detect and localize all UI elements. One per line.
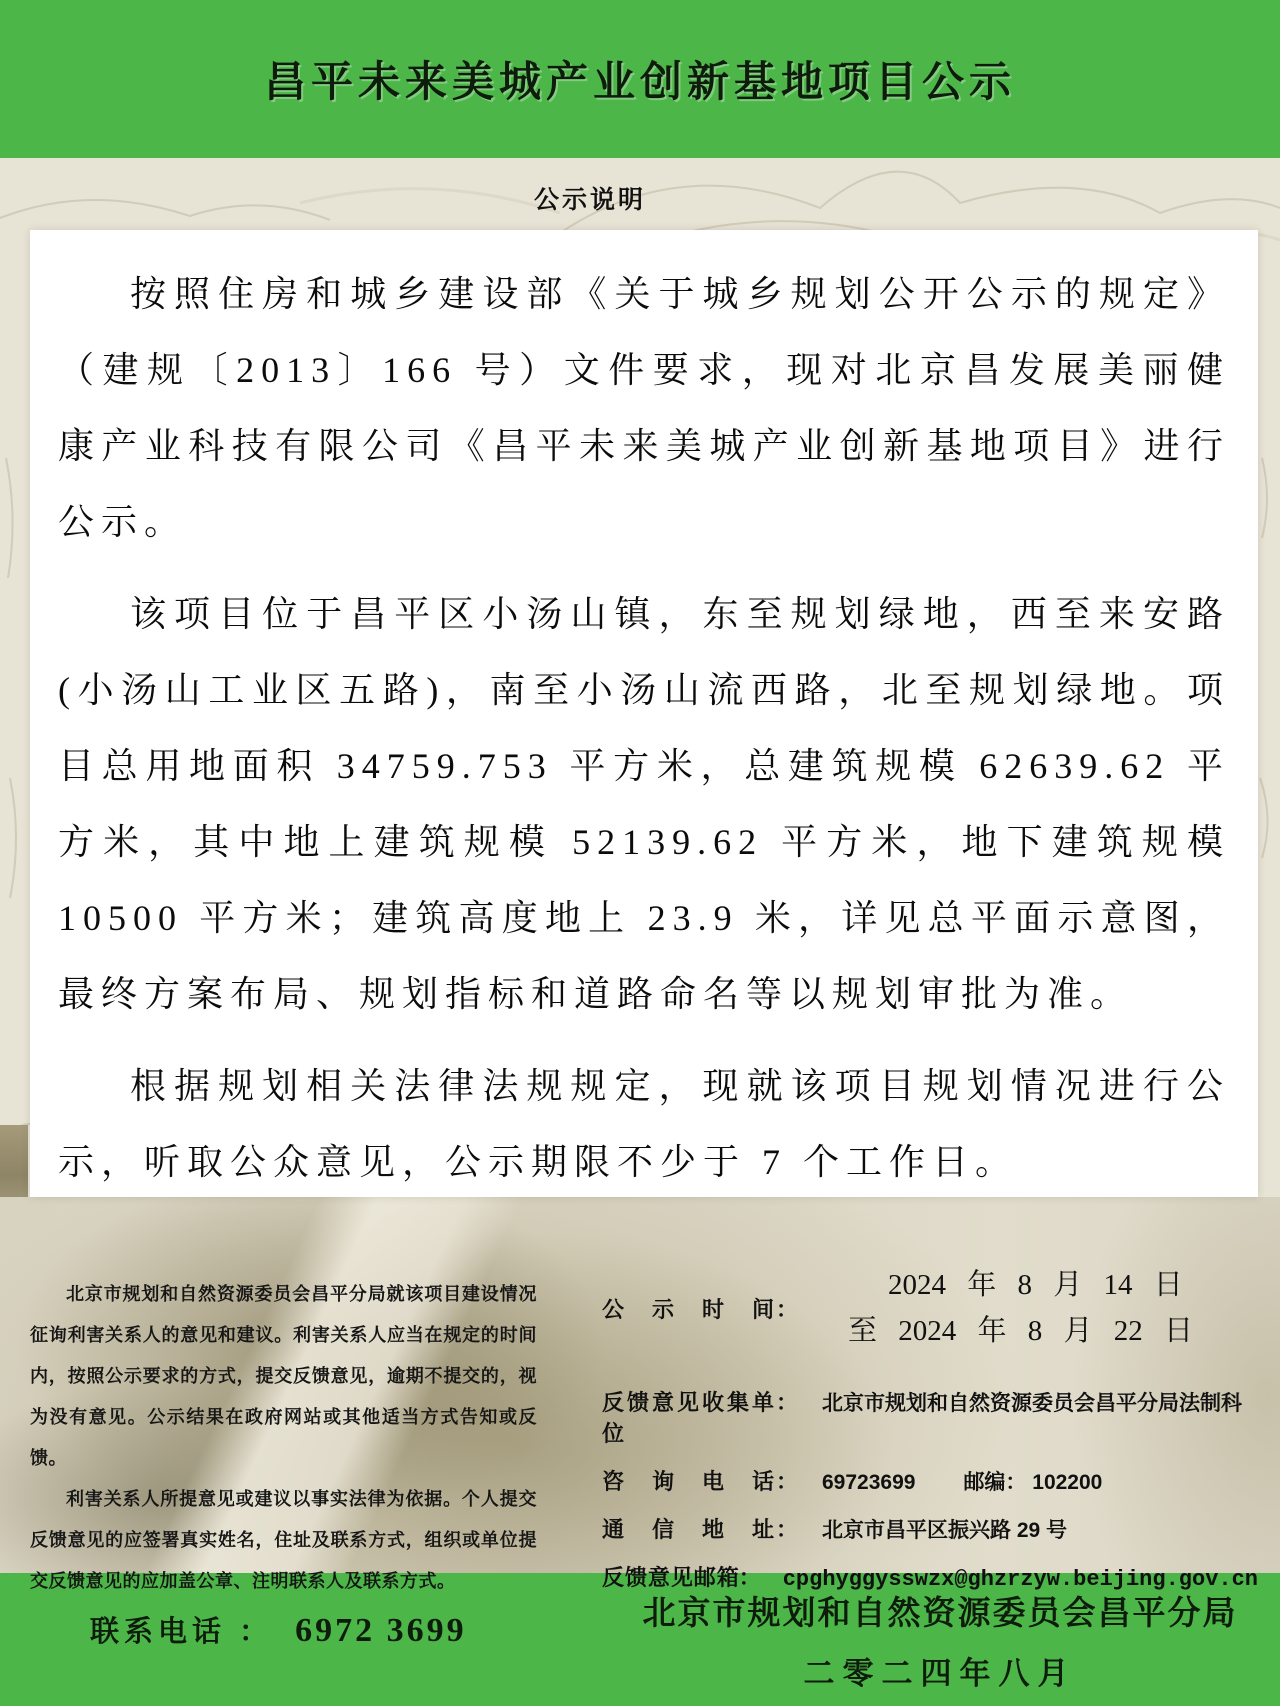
notice-body-box: 按照住房和城乡建设部《关于城乡规划公开公示的规定》（建规〔2013〕166 号）…: [30, 230, 1258, 1197]
mail-address-label: 通信地址: [602, 1513, 774, 1544]
mail-address-value: 北京市昌平区振兴路 29 号: [822, 1514, 1067, 1544]
notice-paragraph-1: 按照住房和城乡建设部《关于城乡规划公开公示的规定》（建规〔2013〕166 号）…: [58, 256, 1230, 560]
consult-phone-row: 咨询电话： 69723699 邮编： 102200: [602, 1465, 1258, 1496]
consult-phone-value: 69723699: [822, 1471, 915, 1495]
publicity-time-row: 公示时间： 2024 年 8 月 14 日 至 2024 年 8 月 22 日: [602, 1262, 1258, 1354]
feedback-collect-unit-value: 北京市规划和自然资源委员会昌平分局法制科: [822, 1387, 1242, 1417]
footer-phone-label: 联系电话 ：: [90, 1609, 273, 1650]
publicity-time-label: 公示时间: [602, 1293, 774, 1324]
footer-phone-value: 6972 3699: [295, 1612, 467, 1650]
feedback-email-value: cpghyggysswzx@ghzrzyw.beijing.gov.cn: [783, 1567, 1258, 1592]
public-notice-page: 昌平未来美城产业创新基地项目公示 公示说明 按照住房和城乡建设部《关于城乡规划公…: [0, 0, 1280, 1706]
page-title: 昌平未来美城产业创新基地项目公示: [264, 49, 1016, 109]
feedback-paragraph-1: 北京市规划和自然资源委员会昌平分局就该项目建设情况征询利害关系人的意见和建议。利…: [30, 1274, 537, 1479]
publicity-time-from: 2024 年 8 月 14 日: [848, 1262, 1193, 1308]
feedback-email-row: 反馈意见邮箱： cpghyggysswzx@ghzrzyw.beijing.go…: [602, 1561, 1258, 1592]
consult-phone-label: 咨询电话: [602, 1465, 774, 1496]
notice-paragraph-3: 根据规划相关法律法规规定，现就该项目规划情况进行公示，听取公众意见，公示期限不少…: [58, 1048, 1230, 1197]
label-colon: ：: [774, 1513, 800, 1544]
publicity-time-colon: ：: [774, 1293, 800, 1324]
footer-issue-date: 二零二四年八月: [640, 1648, 1240, 1693]
postal-code: 邮编： 102200: [963, 1466, 1102, 1496]
publicity-time-label-box: 公示时间：: [602, 1293, 800, 1324]
feedback-collect-unit-label: 反馈意见收集单位: [602, 1386, 774, 1448]
feedback-collect-unit-row: 反馈意见收集单位： 北京市规划和自然资源委员会昌平分局法制科: [602, 1386, 1258, 1448]
publicity-time-to: 至 2024 年 8 月 22 日: [848, 1308, 1193, 1354]
aerial-photo-edge-patch: [0, 1125, 28, 1197]
feedback-email-label: 反馈意见邮箱: [602, 1561, 739, 1592]
publicity-details: 公示时间： 2024 年 8 月 14 日 至 2024 年 8 月 22 日 …: [602, 1262, 1258, 1609]
publicity-time-dates: 2024 年 8 月 14 日 至 2024 年 8 月 22 日: [848, 1262, 1193, 1354]
mail-address-row: 通信地址： 北京市昌平区振兴路 29 号: [602, 1513, 1258, 1544]
section-label: 公示说明: [0, 180, 1180, 216]
feedback-instructions: 北京市规划和自然资源委员会昌平分局就该项目建设情况征询利害关系人的意见和建议。利…: [30, 1274, 537, 1602]
label-colon: ：: [774, 1386, 800, 1417]
feedback-paragraph-2: 利害关系人所提意见或建议以事实法律为依据。个人提交反馈意见的应签署真实姓名，住址…: [30, 1479, 537, 1602]
footer-phone: 联系电话 ： 6972 3699: [90, 1609, 467, 1650]
label-colon: ：: [739, 1561, 761, 1592]
notice-paragraph-2: 该项目位于昌平区小汤山镇，东至规划绿地，西至来安路(小汤山工业区五路)，南至小汤…: [58, 576, 1230, 1032]
header-bar: 昌平未来美城产业创新基地项目公示: [0, 0, 1280, 158]
label-colon: ：: [774, 1465, 800, 1496]
